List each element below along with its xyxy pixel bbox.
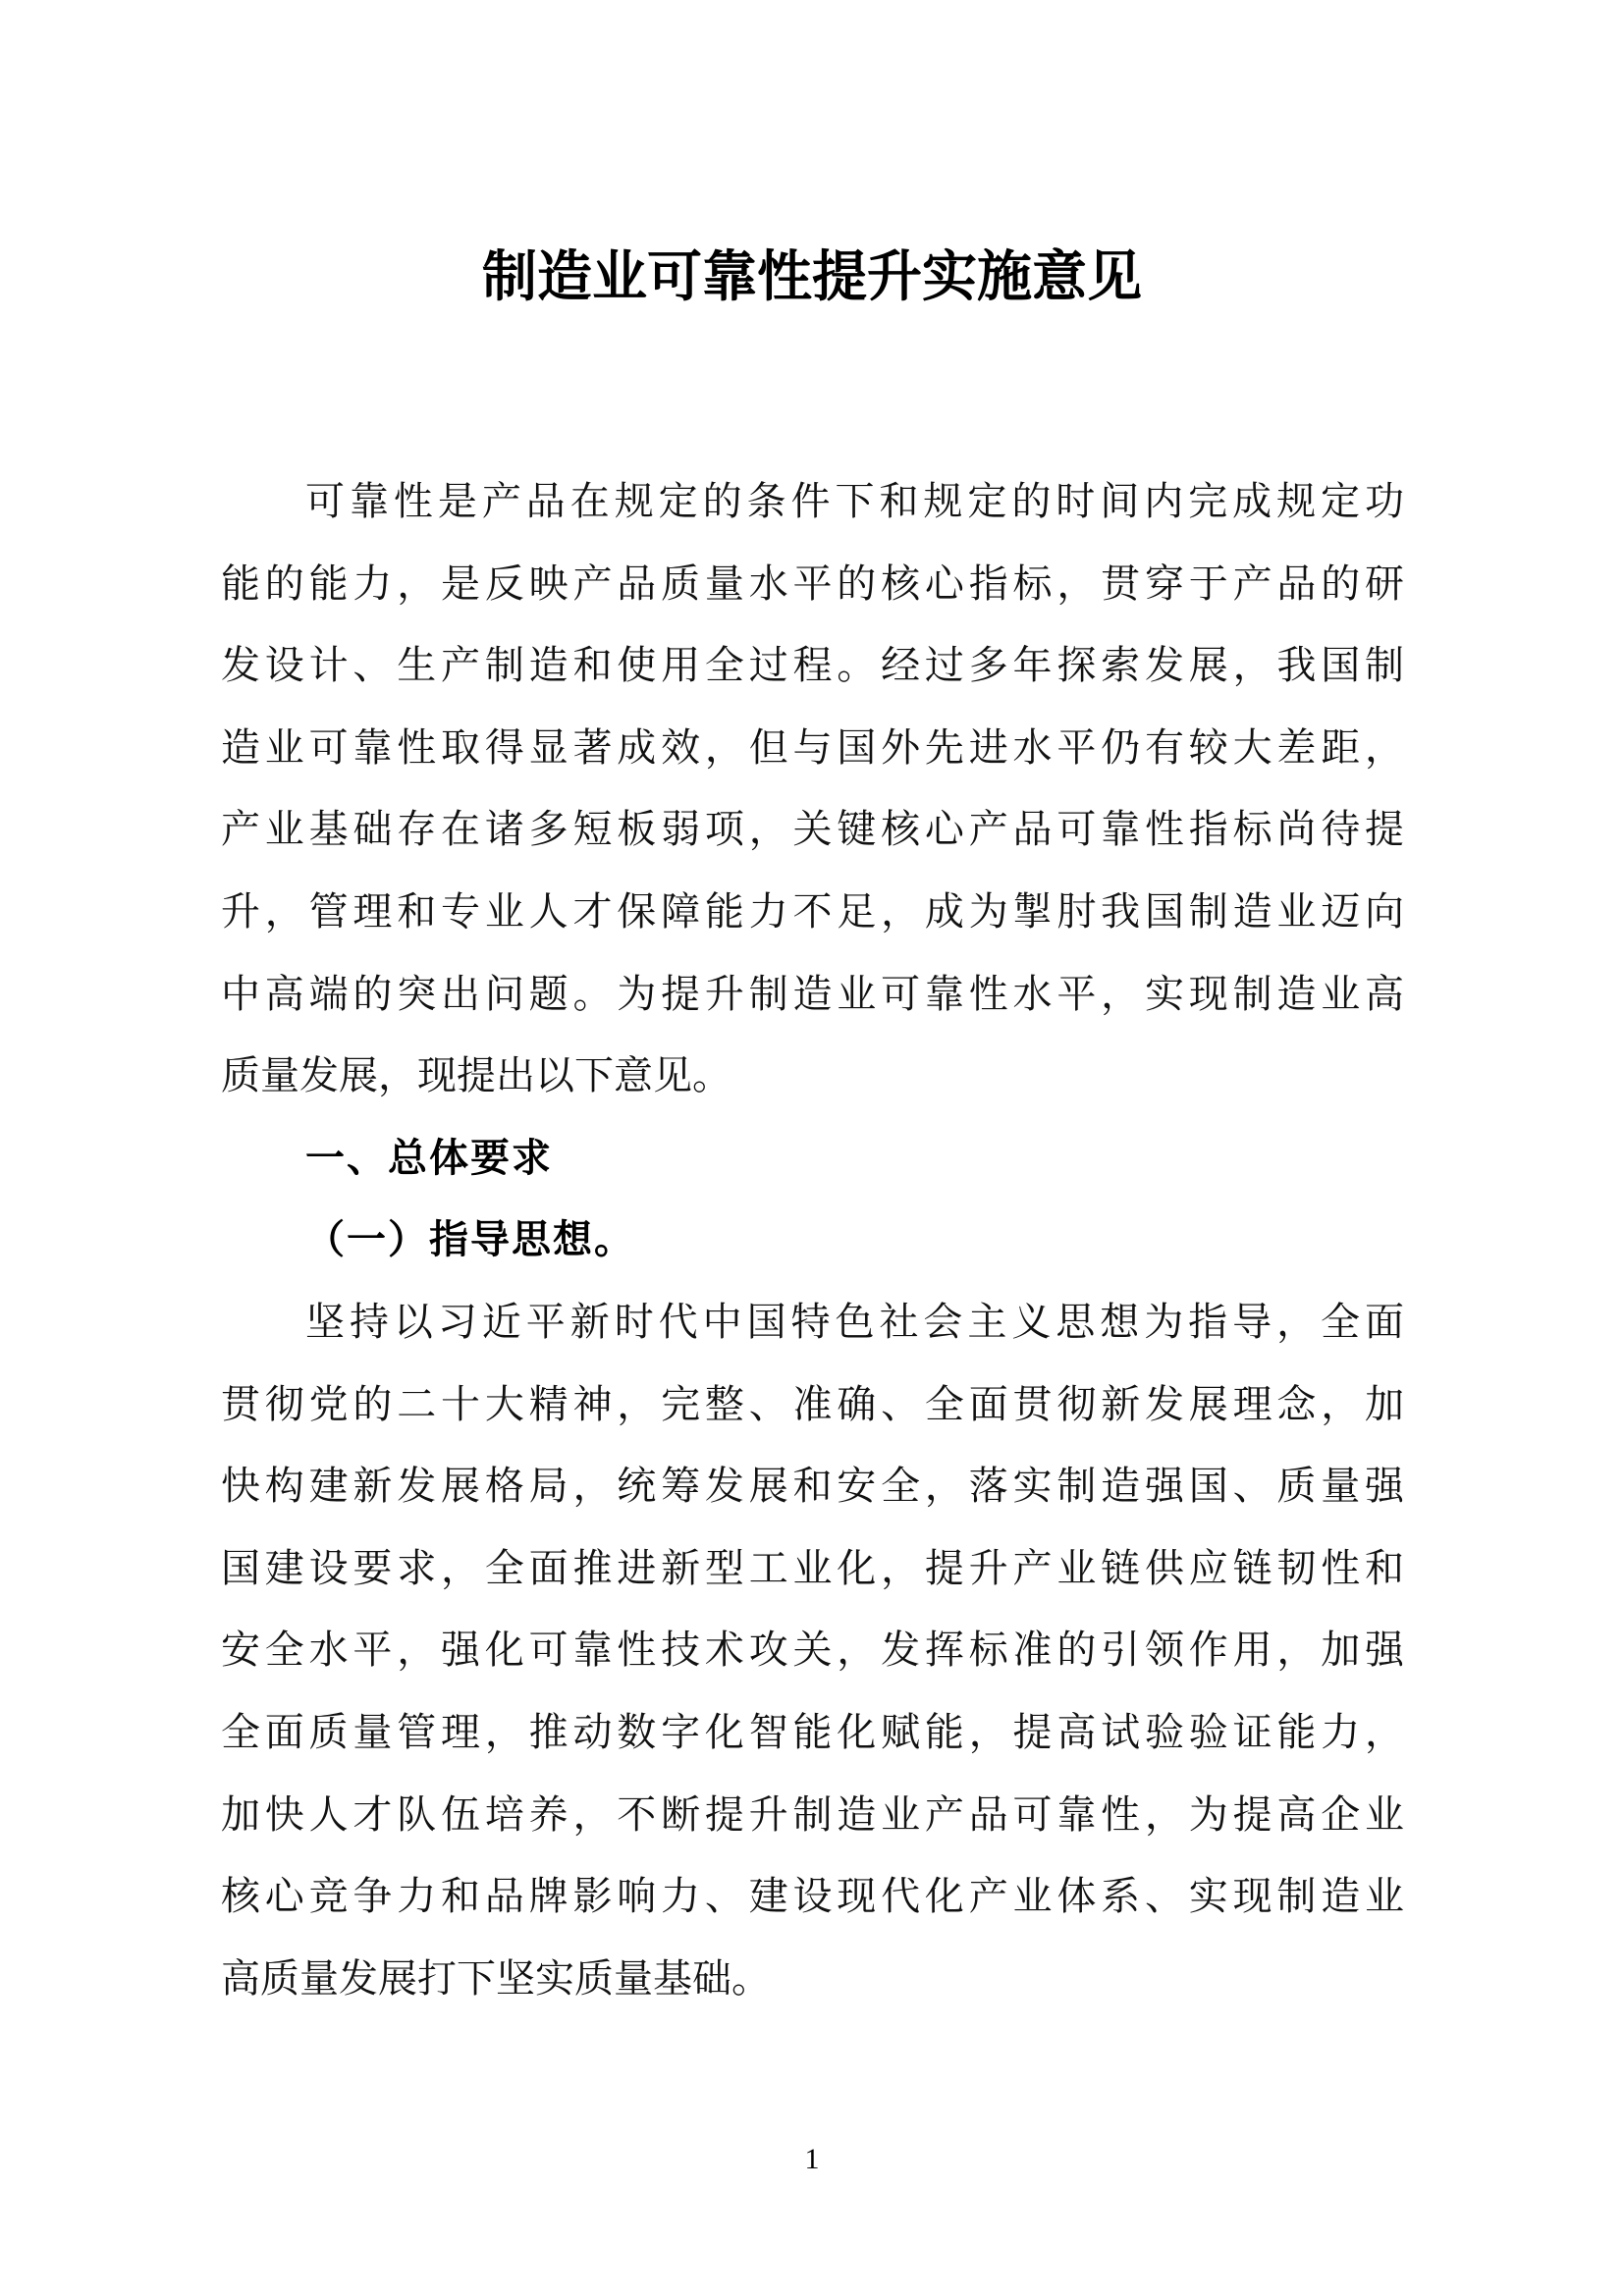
document-page: 制造业可靠性提升实施意见 可靠性是产品在规定的条件下和规定的时间内完成规定功 能… xyxy=(0,0,1624,2296)
guidance-line-8: 核心竞争力和品牌影响力、建设现代化产业体系、实现制造业 xyxy=(221,1875,1404,1918)
guidance-line-4: 国建设要求，全面推进新型工业化，提升产业链供应链韧性和 xyxy=(221,1547,1404,1590)
guidance-line-2: 贯彻党的二十大精神，完整、准确、全面贯彻新发展理念，加 xyxy=(221,1383,1404,1426)
intro-line-4: 造业可靠性取得显著成效，但与国外先进水平仍有较大差距， xyxy=(221,726,1404,770)
guidance-line-9: 高质量发展打下坚实质量基础。 xyxy=(221,1957,1404,2001)
guidance-line-6: 全面质量管理，推动数字化智能化赋能，提高试验验证能力， xyxy=(221,1711,1404,1754)
document-title: 制造业可靠性提升实施意见 xyxy=(0,243,1624,310)
guidance-line-1: 坚持以习近平新时代中国特色社会主义思想为指导，全面 xyxy=(305,1301,1404,1344)
intro-line-3: 发设计、生产制造和使用全过程。经过多年探索发展，我国制 xyxy=(221,644,1404,687)
section-heading: 一、总体要求 xyxy=(305,1137,553,1180)
intro-line-8: 质量发展，现提出以下意见。 xyxy=(221,1054,1404,1097)
intro-line-2: 能的能力，是反映产品质量水平的核心指标，贯穿于产品的研 xyxy=(221,562,1404,606)
intro-line-6: 升，管理和专业人才保障能力不足，成为掣肘我国制造业迈向 xyxy=(221,890,1404,934)
intro-line-1: 可靠性是产品在规定的条件下和规定的时间内完成规定功 xyxy=(305,480,1404,523)
guidance-line-7: 加快人才队伍培养，不断提升制造业产品可靠性，为提高企业 xyxy=(221,1793,1404,1837)
intro-line-7: 中高端的突出问题。为提升制造业可靠性水平，实现制造业高 xyxy=(221,973,1404,1016)
subsection-heading: （一）指导思想。 xyxy=(305,1218,635,1261)
guidance-line-3: 快构建新发展格局，统筹发展和安全，落实制造强国、质量强 xyxy=(221,1465,1404,1508)
page-number: 1 xyxy=(0,2142,1624,2177)
guidance-line-5: 安全水平，强化可靠性技术攻关，发挥标准的引领作用，加强 xyxy=(221,1629,1404,1672)
intro-line-5: 产业基础存在诸多短板弱项，关键核心产品可靠性指标尚待提 xyxy=(221,808,1404,851)
